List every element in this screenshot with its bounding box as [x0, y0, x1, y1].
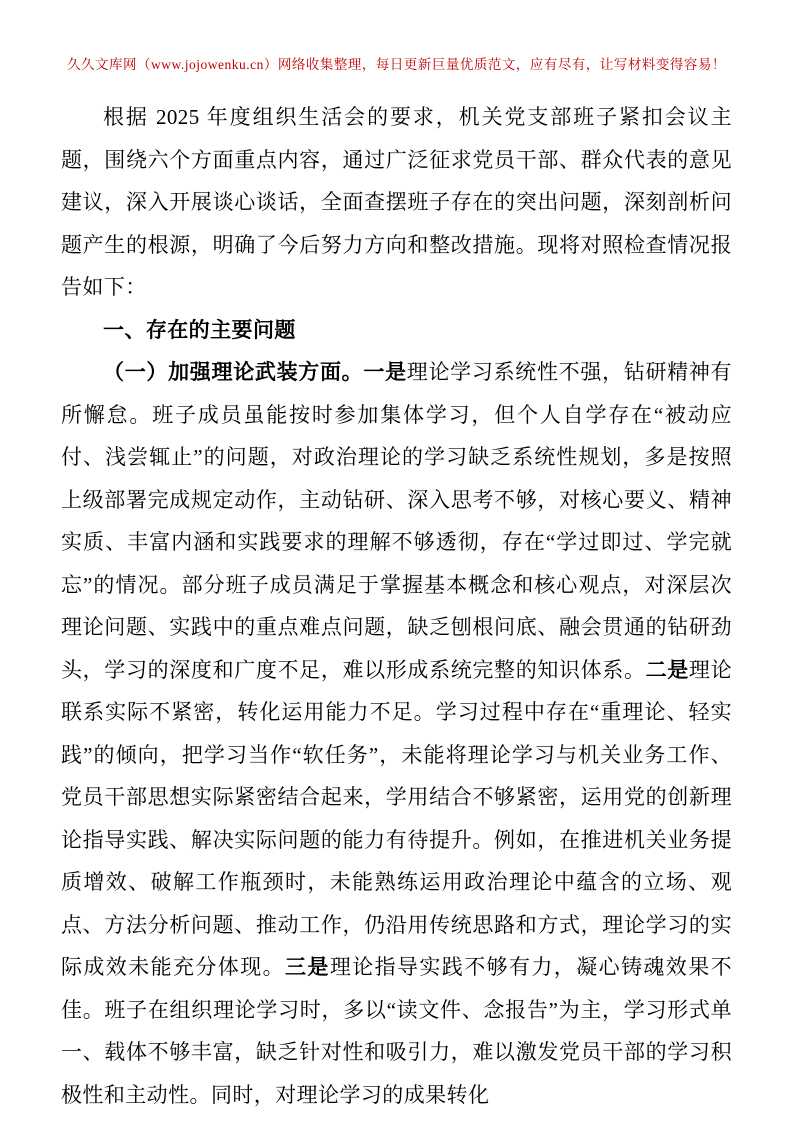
- site-header-notice: 久久文库网（www.jojowenku.cn）网络收集整理，每日更新巨量优质范文…: [0, 53, 793, 73]
- bold-text-run: 二是: [646, 658, 689, 682]
- text-run: 理论联系实际不紧密，转化运用能力不足。学习过程中存在“重理论、轻实践”的倾向，把…: [61, 658, 732, 980]
- bold-text-run: （一）加强理论武装方面。一是: [103, 360, 407, 384]
- bold-text-run: 一、存在的主要问题: [103, 318, 296, 342]
- document-page: 久久文库网（www.jojowenku.cn）网络收集整理，每日更新巨量优质范文…: [0, 0, 793, 1122]
- paragraph: （一）加强理论武装方面。一是理论学习系统性不强，钻研精神有所懈怠。班子成员虽能按…: [61, 351, 732, 1116]
- document-body: 根据 2025 年度组织生活会的要求，机关党支部班子紧扣会议主题，围绕六个方面重…: [61, 96, 732, 1116]
- section-heading: 一、存在的主要问题: [61, 309, 732, 352]
- text-run: 根据 2025 年度组织生活会的要求，机关党支部班子紧扣会议主题，围绕六个方面重…: [61, 105, 732, 299]
- text-run: 理论学习系统性不强，钻研精神有所懈怠。班子成员虽能按时参加集体学习，但个人自学存…: [61, 360, 732, 682]
- paragraph: 根据 2025 年度组织生活会的要求，机关党支部班子紧扣会议主题，围绕六个方面重…: [61, 96, 732, 309]
- bold-text-run: 三是: [285, 955, 330, 979]
